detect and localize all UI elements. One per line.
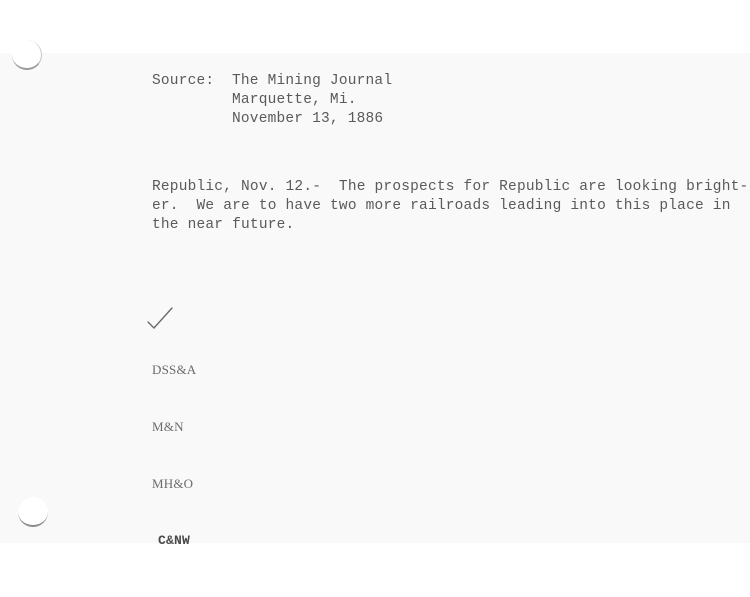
source-label: Source: [152, 72, 214, 91]
article-line: er. We are to have two more railroads le… [152, 197, 748, 216]
article-body: Republic, Nov. 12.- The prospects for Re… [152, 178, 748, 235]
source-citation: The Mining JournalMarquette, Mi.November… [232, 72, 392, 129]
railroad-item-cnw: C&NW [152, 531, 196, 550]
article-line: Republic, Nov. 12.- The prospects for Re… [152, 178, 748, 197]
source-location: Marquette, Mi. [232, 91, 392, 110]
railroad-list: DSS&A M&N MH&O C&NW [152, 322, 196, 569]
article-line: the near future. [152, 216, 748, 235]
punch-hole-top [12, 40, 42, 70]
railroad-item-dssa: DSS&A [152, 360, 196, 379]
railroad-item-mn: M&N [152, 417, 196, 436]
railroad-item-mho: MH&O [152, 474, 196, 493]
source-publication: The Mining Journal [232, 72, 392, 91]
source-date: November 13, 1886 [232, 110, 392, 129]
punch-hole-bottom [18, 497, 48, 527]
